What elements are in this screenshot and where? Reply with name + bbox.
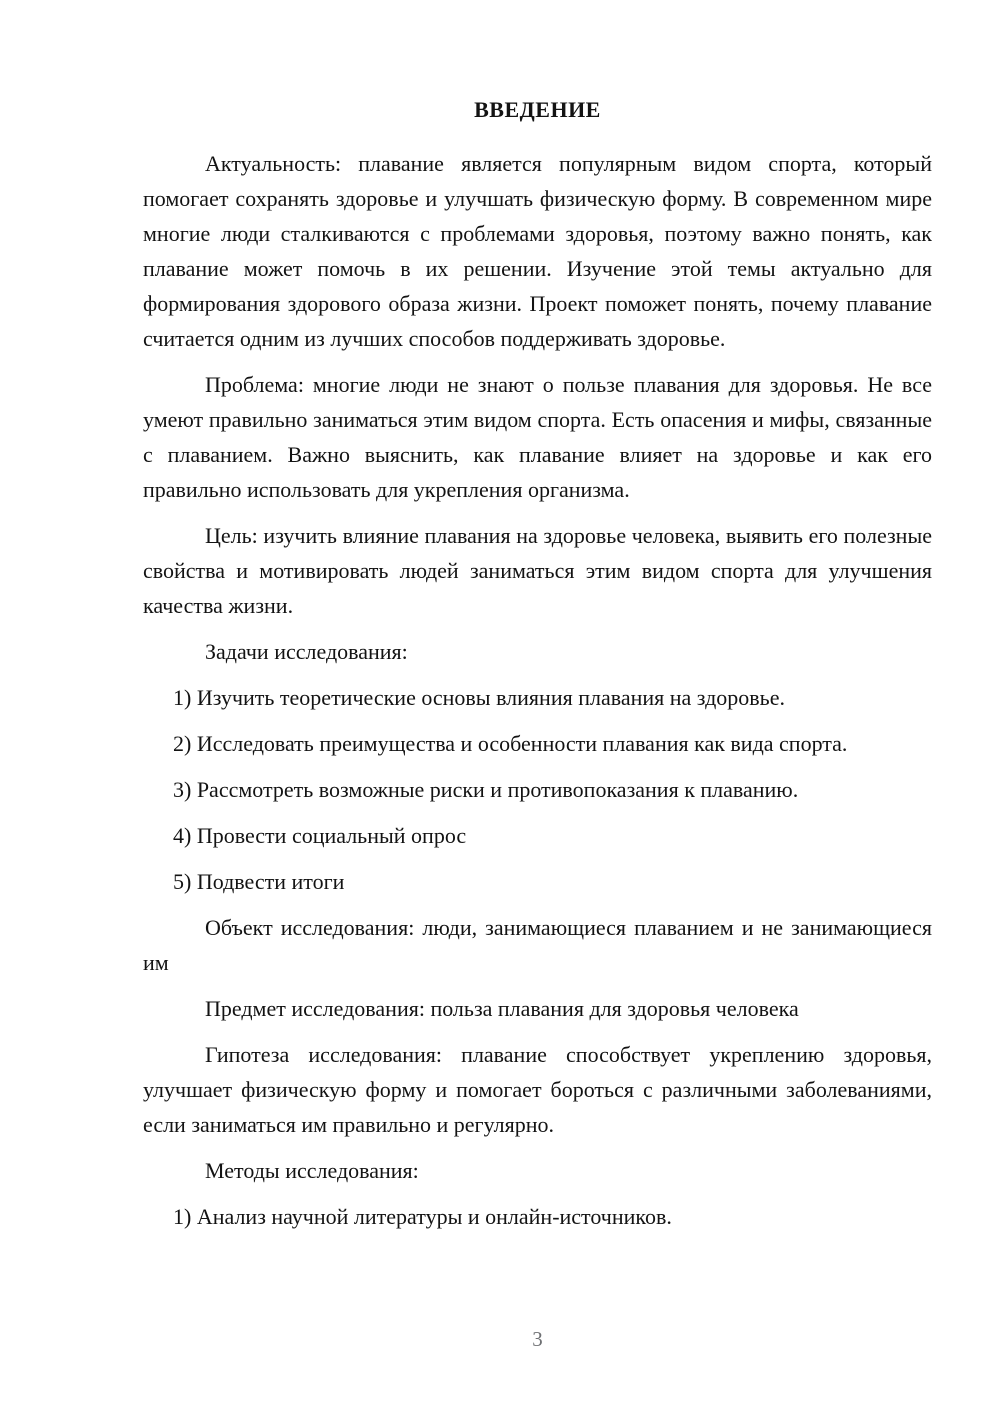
paragraph-goal: Цель: изучить влияние плавания на здоров… <box>143 518 932 623</box>
task-item-5: 5) Подвести итоги <box>143 864 932 899</box>
document-page: ВВЕДЕНИЕ Актуальность: плавание является… <box>0 0 1000 1414</box>
task-item-2: 2) Исследовать преимущества и особенност… <box>143 726 932 761</box>
paragraph-tasks-label: Задачи исследования: <box>143 634 932 669</box>
paragraph-problem: Проблема: многие люди не знают о пользе … <box>143 367 932 507</box>
paragraph-object: Объект исследования: люди, занимающиеся … <box>143 910 932 980</box>
section-heading: ВВЕДЕНИЕ <box>143 92 932 127</box>
paragraph-hypothesis: Гипотеза исследования: плавание способст… <box>143 1037 932 1142</box>
document-content: ВВЕДЕНИЕ Актуальность: плавание является… <box>0 0 1000 1234</box>
task-item-3: 3) Рассмотреть возможные риски и противо… <box>143 772 932 807</box>
page-number: 3 <box>143 1322 932 1357</box>
paragraph-methods-label: Методы исследования: <box>143 1153 932 1188</box>
paragraph-relevance: Актуальность: плавание является популярн… <box>143 146 932 356</box>
task-item-4: 4) Провести социальный опрос <box>143 818 932 853</box>
task-item-1: 1) Изучить теоретические основы влияния … <box>143 680 932 715</box>
method-item-1: 1) Анализ научной литературы и онлайн-ис… <box>143 1199 932 1234</box>
paragraph-subject: Предмет исследования: польза плавания дл… <box>143 991 932 1026</box>
